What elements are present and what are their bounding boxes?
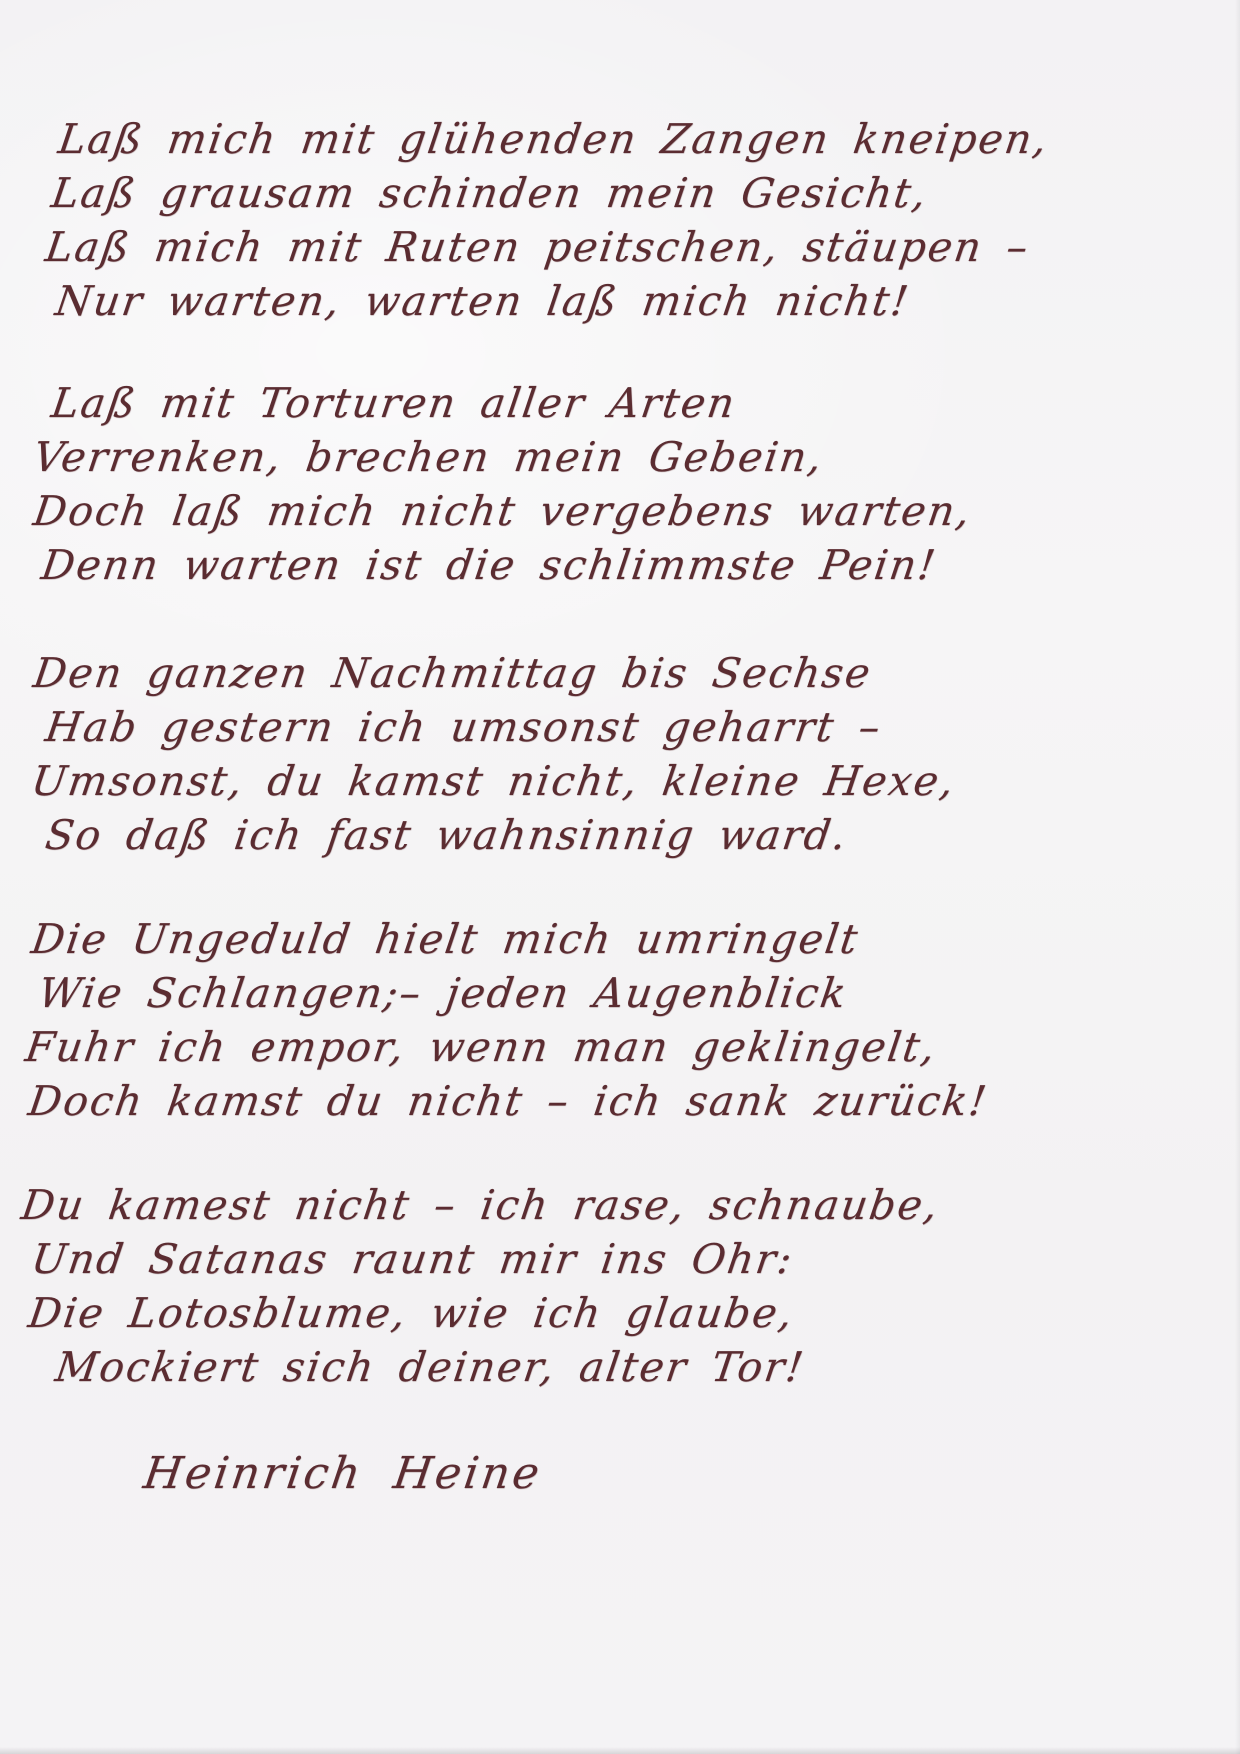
poem-line: Laß grausam schinden mein Gesicht, — [0, 166, 1240, 220]
poem-line: Wie Schlangen;– jeden Augenblick — [0, 966, 1240, 1020]
poem-line: Verrenken, brechen mein Gebein, — [0, 430, 1240, 484]
poem-line: Laß mit Torturen aller Arten — [0, 376, 1240, 430]
poem-line: Du kamest nicht – ich rase, schnaube, — [0, 1178, 1240, 1232]
scanned-page: Laß mich mit glühenden Zangen kneipen, L… — [0, 0, 1240, 1754]
scan-edge-shadow-bottom — [0, 1747, 1240, 1754]
poem-line: Die Lotosblume, wie ich glaube, — [0, 1286, 1240, 1340]
poem-stanza-1: Laß mich mit glühenden Zangen kneipen, L… — [0, 112, 1240, 328]
poem-line: Umsonst, du kamst nicht, kleine Hexe, — [0, 754, 1240, 808]
poem-line: Denn warten ist die schlimmste Pein! — [0, 538, 1240, 592]
poem-line: Die Ungeduld hielt mich umringelt — [0, 912, 1240, 966]
poem-line: Doch laß mich nicht vergebens warten, — [0, 484, 1240, 538]
poem-line: Hab gestern ich umsonst geharrt – — [0, 700, 1240, 754]
poem-line: Fuhr ich empor, wenn man geklingelt, — [0, 1020, 1240, 1074]
scan-edge-shadow-right — [1235, 0, 1240, 1754]
poem-stanza-4: Die Ungeduld hielt mich umringelt Wie Sc… — [0, 912, 1240, 1128]
poem-stanza-3: Den ganzen Nachmittag bis Sechse Hab ges… — [0, 646, 1240, 862]
poem-line: Mockiert sich deiner, alter Tor! — [0, 1340, 1240, 1394]
poem-stanza-5: Du kamest nicht – ich rase, schnaube, Un… — [0, 1178, 1240, 1394]
poem-line: Laß mich mit Ruten peitschen, stäupen – — [0, 220, 1240, 274]
poem-line: So daß ich fast wahnsinnig ward. — [0, 808, 1240, 862]
poem-line: Den ganzen Nachmittag bis Sechse — [0, 646, 1240, 700]
poem-line: Und Satanas raunt mir ins Ohr: — [0, 1232, 1240, 1286]
signature: Heinrich Heine — [140, 1446, 546, 1502]
poem-line: Laß mich mit glühenden Zangen kneipen, — [0, 112, 1240, 166]
poem-line: Doch kamst du nicht – ich sank zurück! — [0, 1074, 1240, 1128]
poem-line: Nur warten, warten laß mich nicht! — [0, 274, 1240, 328]
poem-stanza-2: Laß mit Torturen aller Arten Verrenken, … — [0, 376, 1240, 592]
